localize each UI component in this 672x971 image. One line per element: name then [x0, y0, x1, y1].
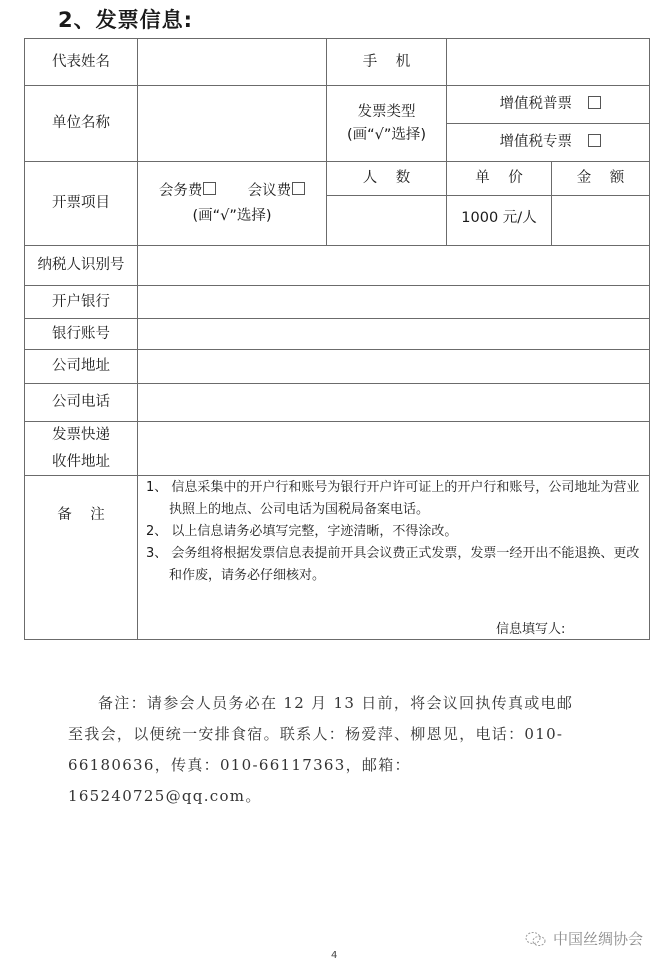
- bank-account-field[interactable]: [138, 319, 649, 349]
- invoice-type-option-special[interactable]: 增值税专票: [447, 124, 649, 161]
- label-invoice-item: 开票项目: [25, 162, 137, 245]
- invoice-type-title: 发票类型: [358, 101, 416, 123]
- invoice-item-option-meeting[interactable]: 会议费: [248, 183, 306, 199]
- label-bank-account: 银行账号: [25, 319, 137, 349]
- remark-line: 备注：请参会人员务必在 12 月 13 日前，将会议回执传真或电邮: [68, 688, 603, 719]
- taxpayer-id-field[interactable]: [138, 246, 649, 285]
- wechat-icon: [525, 931, 547, 947]
- signer-label: 信息填写人:: [496, 618, 565, 637]
- headcount-field[interactable]: [327, 196, 446, 245]
- table-border-right: [649, 38, 650, 640]
- label-bank: 开户银行: [25, 286, 137, 318]
- company-address-field[interactable]: [138, 350, 649, 383]
- label-headcount: 人 数: [327, 162, 446, 195]
- label-amount: 金 额: [552, 162, 649, 195]
- delivery-address-field[interactable]: [138, 422, 649, 475]
- invoice-type-hint: (画“√”选择): [347, 124, 426, 146]
- company-name-field[interactable]: [138, 86, 326, 161]
- watermark: 中国丝绸协会: [525, 928, 643, 949]
- checkbox-icon[interactable]: [588, 96, 601, 109]
- watermark-text: 中国丝绸协会: [553, 928, 643, 949]
- label-unit-price: 单 价: [447, 162, 551, 195]
- table-border-bottom: [24, 639, 649, 640]
- label-line: 收件地址: [52, 449, 110, 476]
- option-label: 会务费: [159, 183, 203, 199]
- representative-name-field[interactable]: [138, 39, 326, 85]
- invoice-type-option-general[interactable]: 增值税普票: [447, 86, 649, 123]
- amount-field[interactable]: [552, 196, 649, 245]
- label-notes: 备 注: [25, 476, 137, 554]
- option-label: 会议费: [248, 183, 292, 199]
- label-taxpayer-id: 纳税人识别号: [25, 246, 137, 285]
- mobile-field[interactable]: [447, 39, 649, 85]
- note-item: 1、 信息采集中的开户行和账号为银行开户许可证上的开户行和账号，公司地址为营业执…: [146, 477, 646, 521]
- label-representative-name: 代表姓名: [25, 39, 137, 85]
- notes-list: 1、 信息采集中的开户行和账号为银行开户许可证上的开户行和账号，公司地址为营业执…: [146, 477, 646, 587]
- invoice-item-option-service[interactable]: 会务费: [159, 183, 221, 199]
- note-item: 2、 以上信息请务必填写完整，字迹清晰，不得涂改。: [146, 521, 646, 543]
- page-number: 4: [331, 950, 337, 961]
- invoice-item-hint: (画“√”选择): [192, 204, 271, 229]
- label-mobile: 手 机: [327, 39, 446, 85]
- invoice-item-options: 会务费 会议费 (画“√”选择): [138, 162, 326, 245]
- note-item: 3、 会务组将根据发票信息表提前开具会议费正式发票，发票一经开出不能退换、更改和…: [146, 543, 646, 587]
- remark-line: 66180636，传真：010-66117363，邮箱：165240725@qq…: [68, 750, 603, 812]
- label-company-phone: 公司电话: [25, 384, 137, 421]
- checkbox-icon[interactable]: [203, 182, 216, 195]
- bank-field[interactable]: [138, 286, 649, 318]
- option-label: 增值税专票: [500, 131, 573, 153]
- remark-line: 至我会，以便统一安排食宿。联系人：杨爱萍、柳恩见，电话：010-: [68, 719, 603, 750]
- remark-paragraph: 备注：请参会人员务必在 12 月 13 日前，将会议回执传真或电邮 至我会，以便…: [68, 688, 603, 812]
- option-label: 增值税普票: [500, 93, 573, 115]
- unit-price-value: 1000 元/人: [447, 196, 551, 241]
- label-line: 发票快递: [52, 422, 110, 449]
- checkbox-icon[interactable]: [588, 134, 601, 147]
- label-invoice-type: 发票类型 (画“√”选择): [327, 86, 446, 161]
- label-delivery-address: 发票快递 收件地址: [25, 422, 137, 475]
- company-phone-field[interactable]: [138, 384, 649, 421]
- label-company-address: 公司地址: [25, 350, 137, 383]
- invoice-table: 代表姓名 手 机 单位名称 发票类型 (画“√”选择) 增值税普票 增值税专票 …: [0, 0, 672, 971]
- label-company-name: 单位名称: [25, 86, 137, 161]
- checkbox-icon[interactable]: [292, 182, 305, 195]
